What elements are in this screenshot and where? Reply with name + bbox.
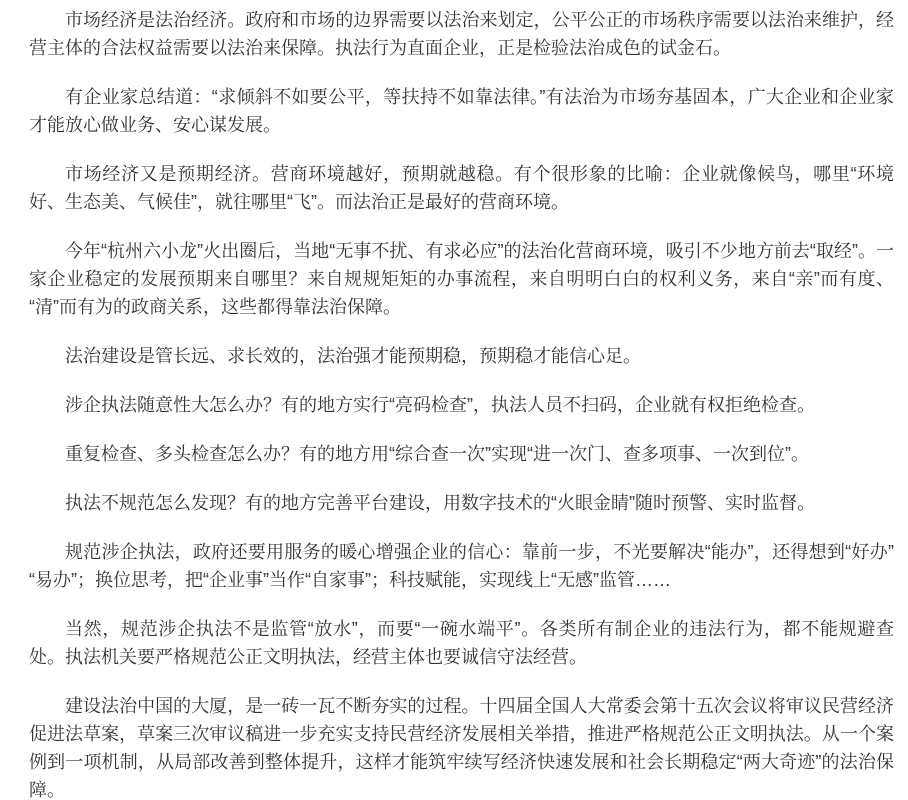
paragraph-expectation-economy: 市场经济又是预期经济。营商环境越好，预期就越稳。有个很形象的比喻：企业就像候鸟，… [29,160,894,216]
paragraph-rule-of-law-china: 建设法治中国的大厦，是一砖一瓦不断夯实的过程。十四届全国人大常委会第十五次会议将… [29,692,894,800]
paragraph-entrepreneur-quote: 有企业家总结道：“求倾斜不如要公平，等扶持不如靠法律。”有法治为市场夯基固本，广… [29,83,894,139]
article-body: 市场经济是法治经济。政府和市场的边界需要以法治来划定，公平公正的市场秩序需要以法… [0,0,908,800]
paragraph-combined-inspection: 重复检查、多头检查怎么办？有的地方用“综合查一次”实现“进一次门、查多项事、一次… [29,440,894,468]
paragraph-code-inspection: 涉企执法随意性大怎么办？有的地方实行“亮码检查”，执法人员不扫码，企业就有权拒绝… [29,391,894,419]
paragraph-long-term-confidence: 法治建设是管长远、求长效的，法治强才能预期稳，预期稳才能信心足。 [29,342,894,370]
paragraph-fair-enforcement: 当然，规范涉企执法不是监管“放水”，而要“一碗水端平”。各类所有制企业的违法行为… [29,615,894,671]
paragraph-hangzhou-six-dragons: 今年“杭州六小龙”火出圈后，当地“无事不扰、有求必应”的法治化营商环境，吸引不少… [29,237,894,321]
paragraph-warm-service: 规范涉企执法，政府还要用服务的暖心增强企业的信心：靠前一步，不光要解决“能办”，… [29,538,894,594]
paragraph-market-economy-rule-of-law: 市场经济是法治经济。政府和市场的边界需要以法治来划定，公平公正的市场秩序需要以法… [29,6,894,62]
paragraph-platform-monitoring: 执法不规范怎么发现？有的地方完善平台建设，用数字技术的“火眼金睛”随时预警、实时… [29,489,894,517]
